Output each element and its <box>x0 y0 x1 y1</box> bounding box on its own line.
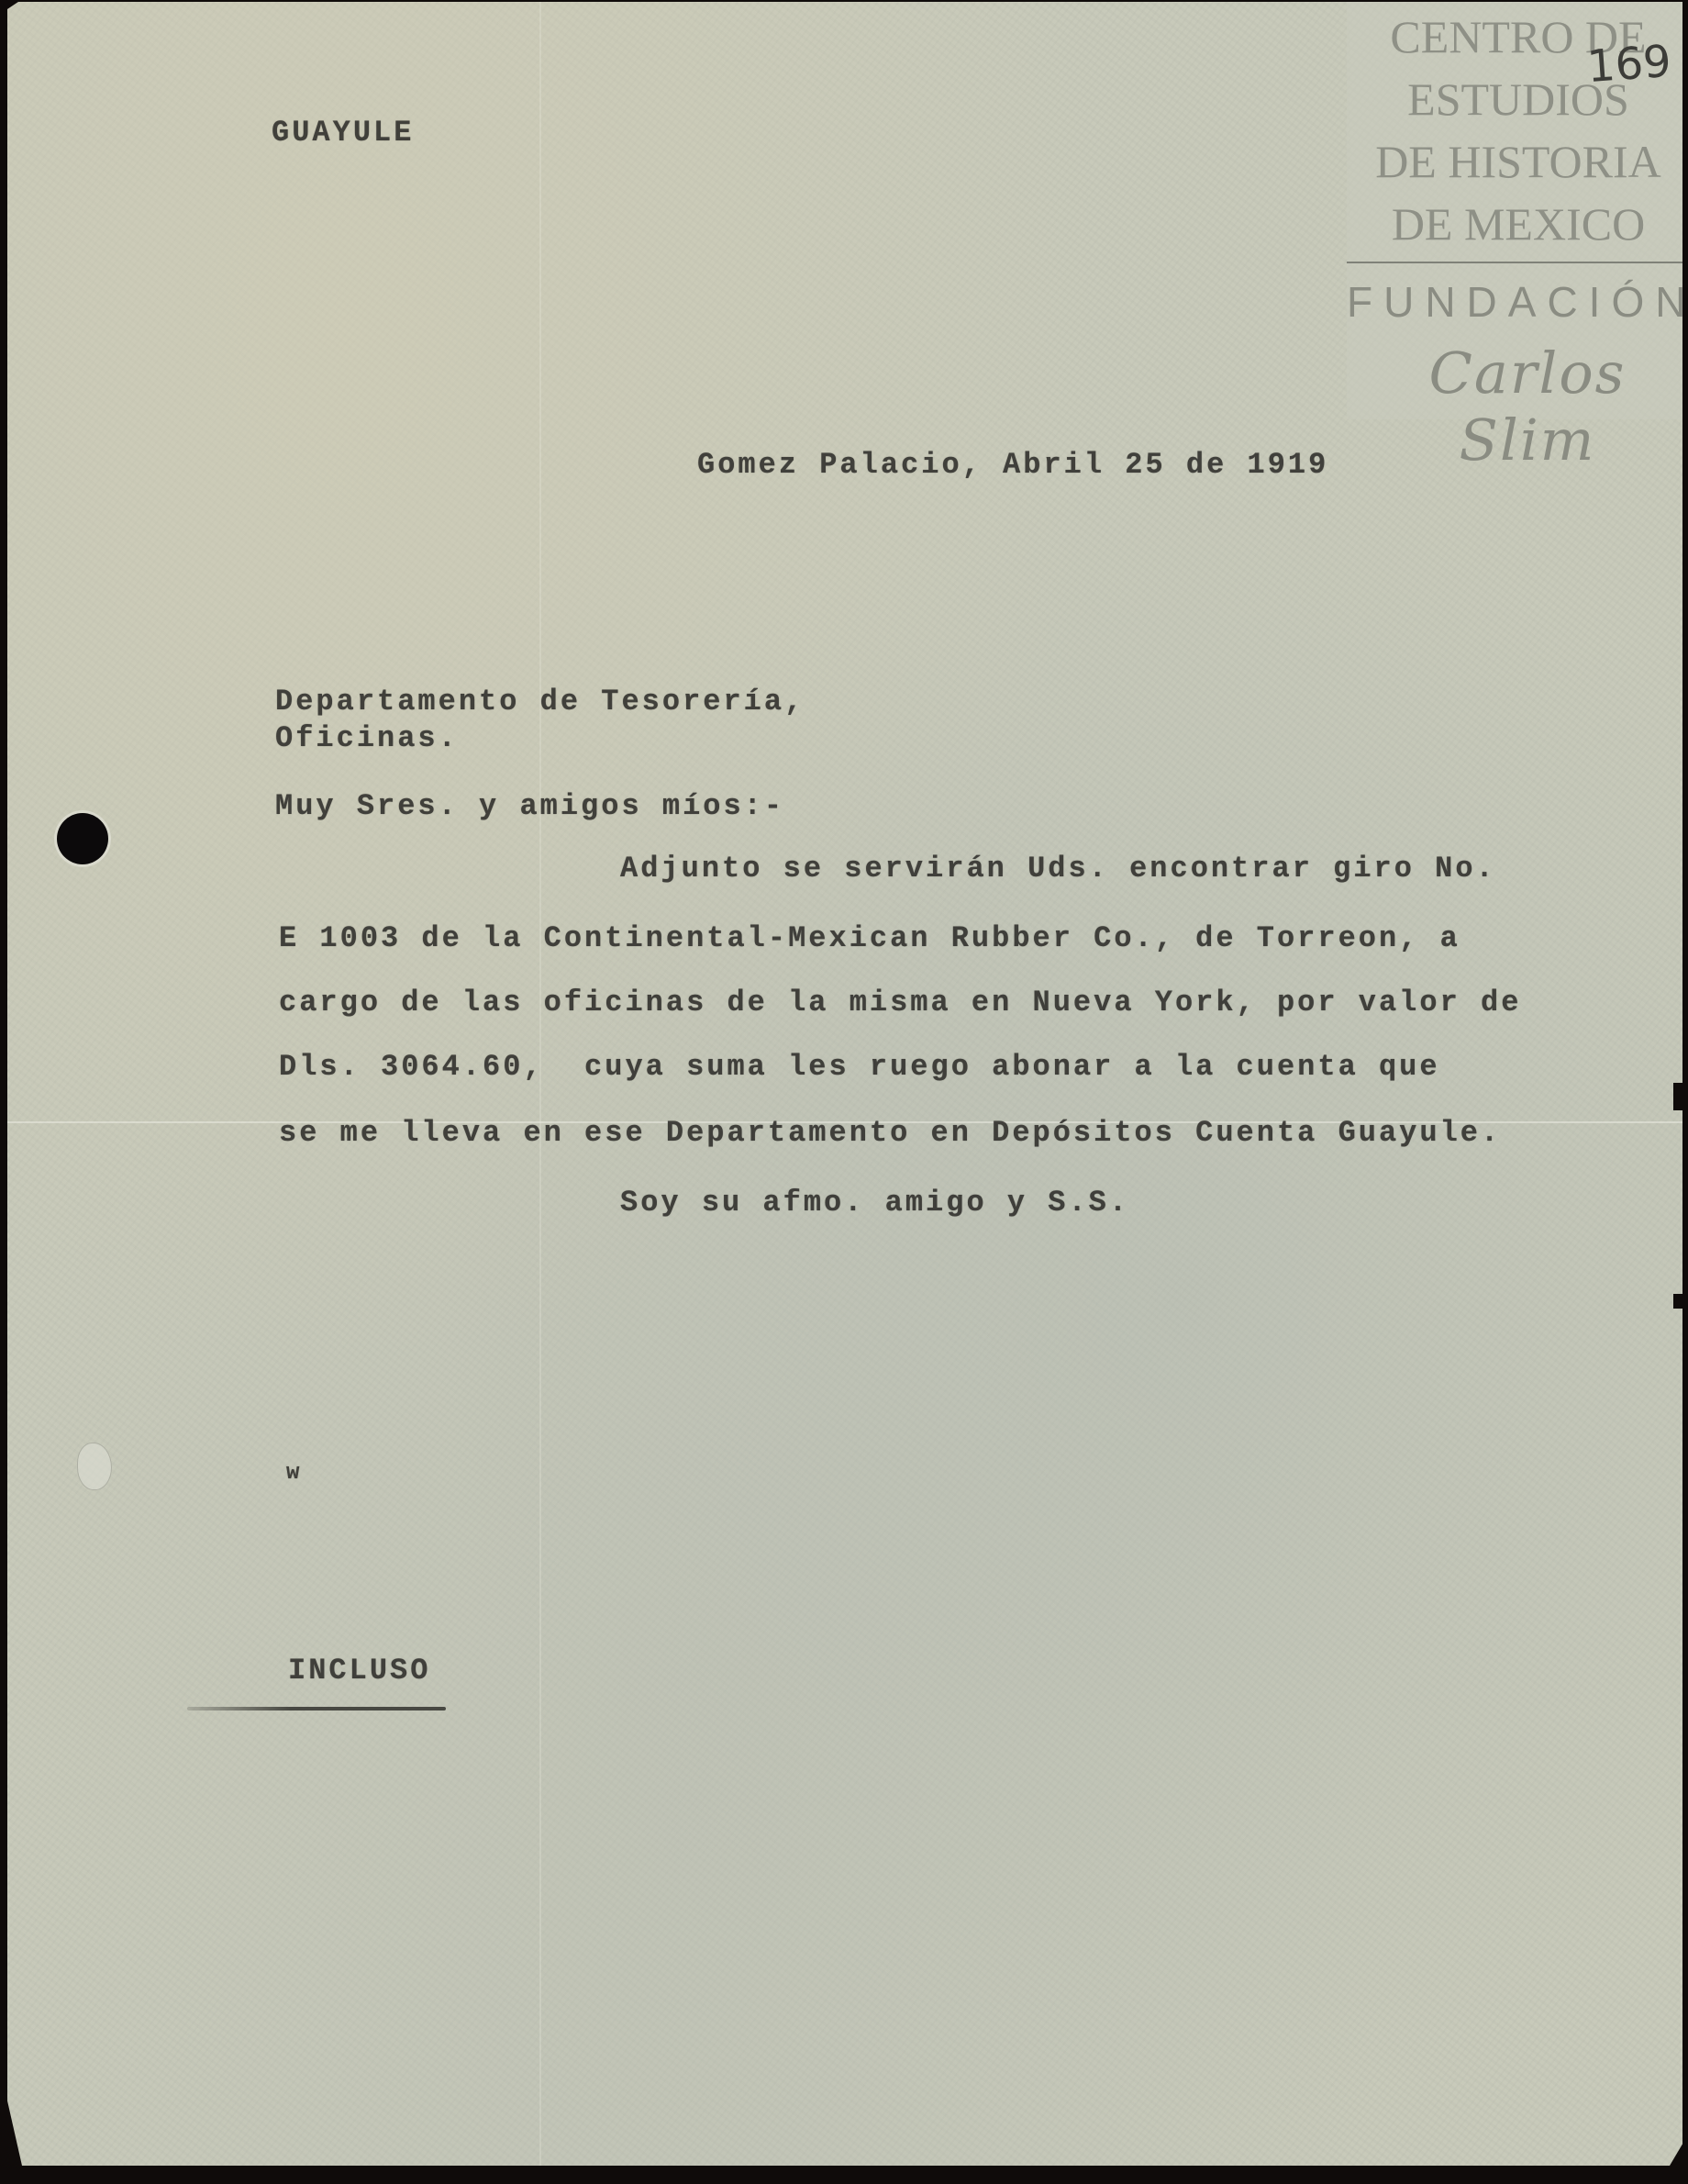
recipient-line-1: Departamento de Tesorería, <box>275 685 805 719</box>
letter-page: CENTRO DE ESTUDIOS DE HISTORIA DE MEXICO… <box>7 2 1682 2166</box>
body-line-2: E 1003 de la Continental-Mexican Rubber … <box>279 921 1460 955</box>
recipient-line-2: Oficinas. <box>275 721 459 755</box>
stamp-line-3: DE HISTORIA <box>1347 130 1688 193</box>
enclosure-label: INCLUSO <box>288 1654 430 1688</box>
edge-nick <box>1673 1294 1682 1309</box>
paper-crease <box>539 2 541 2166</box>
header-label: GUAYULE <box>272 116 414 150</box>
stamp-foundation: FUNDACIÓN <box>1347 277 1688 327</box>
place-date: Gomez Palacio, Abril 25 de 1919 <box>697 448 1328 482</box>
edge-nick <box>1673 1083 1682 1110</box>
stamp-line-4: DE MEXICO <box>1347 193 1688 255</box>
folio-number: 169 <box>1585 36 1672 93</box>
body-line-3: cargo de las oficinas de la misma en Nue… <box>279 986 1521 1020</box>
body-line-1: Adjunto se servirán Uds. encontrar giro … <box>620 852 1496 886</box>
stamp-signature: Carlos Slim <box>1365 340 1688 474</box>
body-line-4: Dls. 3064.60, cuya suma les ruego abonar… <box>279 1050 1440 1084</box>
enclosure-underline <box>187 1707 446 1710</box>
typist-initial: w <box>286 1461 302 1486</box>
salutation: Muy Sres. y amigos míos:- <box>275 789 784 823</box>
paper-tear <box>77 1443 112 1490</box>
body-line-5: se me lleva en ese Departamento en Depós… <box>279 1116 1501 1150</box>
closing: Soy su afmo. amigo y S.S. <box>620 1186 1129 1220</box>
stamp-divider <box>1347 262 1688 263</box>
punch-hole <box>57 813 108 864</box>
